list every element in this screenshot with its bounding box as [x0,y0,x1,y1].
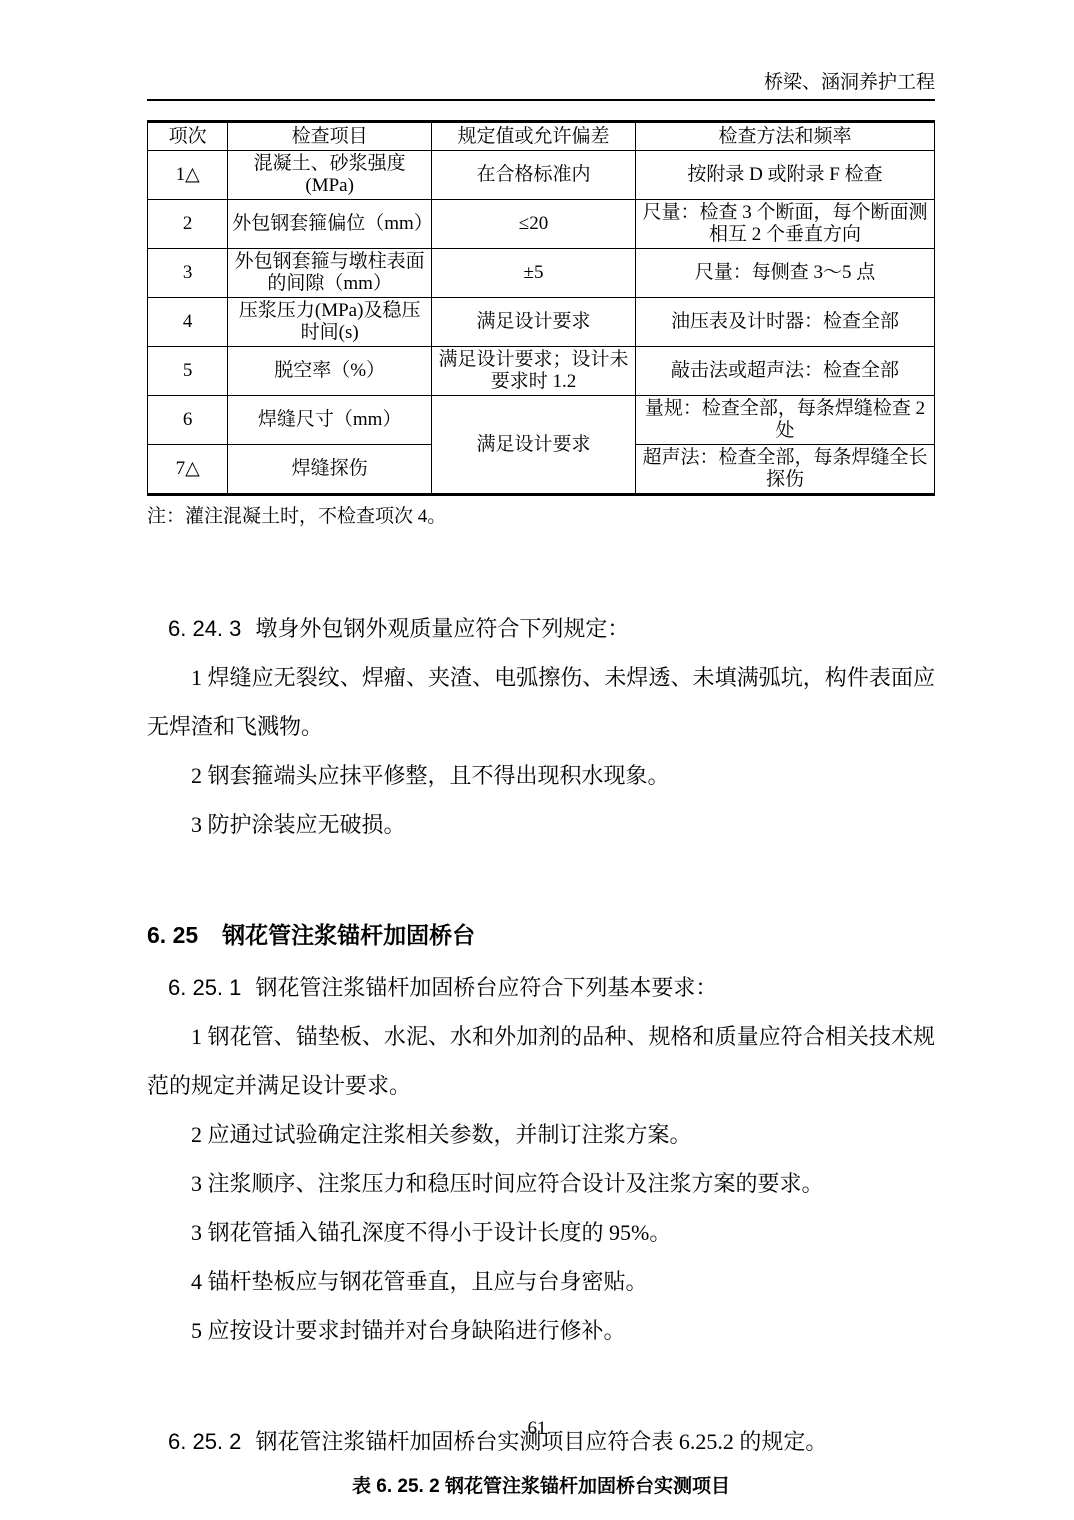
check-item-cell: 压浆压力(MPa)及稳压时间(s) [228,298,432,347]
item-no-cell: 6 [148,396,228,445]
clause-item: 5 应按设计要求封锚并对台身缺陷进行修补。 [147,1306,935,1355]
section-6-25-1: 6. 25. 1钢花管注浆锚杆加固桥台应符合下列基本要求： 1 钢花管、锚垫板、… [147,963,935,1355]
clause-item: 2 钢套箍端头应抹平修整，且不得出现积水现象。 [147,751,935,800]
running-header: 桥梁、涵洞养护工程 [147,72,935,101]
table-row: 6 焊缝尺寸（mm） 满足设计要求 量规：检查全部，每条焊缝检查 2 处 [148,396,935,445]
inspection-table: 项次 检查项目 规定值或允许偏差 检查方法和频率 1△ 混凝土、砂浆强度(MPa… [147,120,935,496]
item-no-cell: 2 [148,200,228,249]
clause-item: 2 应通过试验确定注浆相关参数，并制订注浆方案。 [147,1110,935,1159]
table-row: 1△ 混凝土、砂浆强度(MPa) 在合格标准内 按附录 D 或附录 F 检查 [148,151,935,200]
check-item-cell: 外包钢套箍与墩柱表面的间隙（mm） [228,249,432,298]
value-cell: 满足设计要求 [432,298,636,347]
clause-item: 1 钢花管、锚垫板、水泥、水和外加剂的品种、规格和质量应符合相关技术规范的规定并… [147,1012,935,1110]
col-header-item: 检查项目 [228,122,432,151]
method-cell: 尺量：检查 3 个断面，每个断面测相互 2 个垂直方向 [635,200,934,249]
clause-item: 1 焊缝应无裂纹、焊瘤、夹渣、电弧擦伤、未焊透、未填满弧坑，构件表面应无焊渣和飞… [147,653,935,751]
col-header-value: 规定值或允许偏差 [432,122,636,151]
value-cell: 满足设计要求；设计未要求时 1.2 [432,347,636,396]
value-cell: 在合格标准内 [432,151,636,200]
clause-heading: 6. 24. 3墩身外包钢外观质量应符合下列规定： [147,604,935,653]
item-no-cell: 4 [148,298,228,347]
running-header-title: 桥梁、涵洞养护工程 [764,72,935,93]
clause-item: 4 锚杆垫板应与钢花管垂直，且应与台身密贴。 [147,1257,935,1306]
clause-item: 3 防护涂装应无破损。 [147,800,935,849]
clause-item: 3 注浆顺序、注浆压力和稳压时间应符合设计及注浆方案的要求。 [147,1159,935,1208]
table-note: 注：灌注混凝土时，不检查项次 4。 [147,505,935,528]
method-cell: 按附录 D 或附录 F 检查 [635,151,934,200]
check-item-cell: 外包钢套箍偏位（mm） [228,200,432,249]
table-row: 3 外包钢套箍与墩柱表面的间隙（mm） ±5 尺量：每侧查 3～5 点 [148,249,935,298]
document-page: 桥梁、涵洞养护工程 项次 检查项目 规定值或允许偏差 检查方法和频率 1△ 混凝… [0,0,1074,1520]
method-cell: 敲击法或超声法：检查全部 [635,347,934,396]
table-row: 2 外包钢套箍偏位（mm） ≤20 尺量：检查 3 个断面，每个断面测相互 2 … [148,200,935,249]
table-header-row: 项次 检查项目 规定值或允许偏差 检查方法和频率 [148,122,935,151]
clause-title: 墩身外包钢外观质量应符合下列规定： [255,616,629,641]
method-cell: 油压表及计时器：检查全部 [635,298,934,347]
method-cell: 超声法：检查全部，每条焊缝全长探伤 [635,445,934,495]
method-cell: 量规：检查全部，每条焊缝检查 2 处 [635,396,934,445]
check-item-cell: 混凝土、砂浆强度(MPa) [228,151,432,200]
check-item-cell: 焊缝探伤 [228,445,432,495]
col-header-no: 项次 [148,122,228,151]
clause-number: 6. 25 [147,922,198,948]
table-row: 5 脱空率（%） 满足设计要求；设计未要求时 1.2 敲击法或超声法：检查全部 [148,347,935,396]
table-row: 4 压浆压力(MPa)及稳压时间(s) 满足设计要求 油压表及计时器：检查全部 [148,298,935,347]
check-item-cell: 脱空率（%） [228,347,432,396]
page-number: 61 [0,1418,1074,1440]
table-6-25-2-caption: 表 6. 25. 2 钢花管注浆锚杆加固桥台实测项目 [147,1466,935,1508]
check-item-cell: 焊缝尺寸（mm） [228,396,432,445]
method-cell: 尺量：每侧查 3～5 点 [635,249,934,298]
clause-heading: 6. 25. 1钢花管注浆锚杆加固桥台应符合下列基本要求： [147,963,935,1012]
item-no-cell: 7△ [148,445,228,495]
item-no-cell: 1△ [148,151,228,200]
item-no-cell: 5 [148,347,228,396]
value-cell-merged: 满足设计要求 [432,396,636,495]
clause-number: 6. 25. 1 [168,975,241,1000]
clause-number: 6. 24. 3 [168,616,241,641]
value-cell: ≤20 [432,200,636,249]
clause-item: 3 钢花管插入锚孔深度不得小于设计长度的 95%。 [147,1208,935,1257]
col-header-method: 检查方法和频率 [635,122,934,151]
section-6-25-heading: 6. 25钢花管注浆锚杆加固桥台 [147,911,935,960]
clause-title: 钢花管注浆锚杆加固桥台应符合下列基本要求： [255,975,717,1000]
section-6-24-3: 6. 24. 3墩身外包钢外观质量应符合下列规定： 1 焊缝应无裂纹、焊瘤、夹渣… [147,604,935,849]
item-no-cell: 3 [148,249,228,298]
clause-title: 钢花管注浆锚杆加固桥台 [222,922,475,948]
value-cell: ±5 [432,249,636,298]
